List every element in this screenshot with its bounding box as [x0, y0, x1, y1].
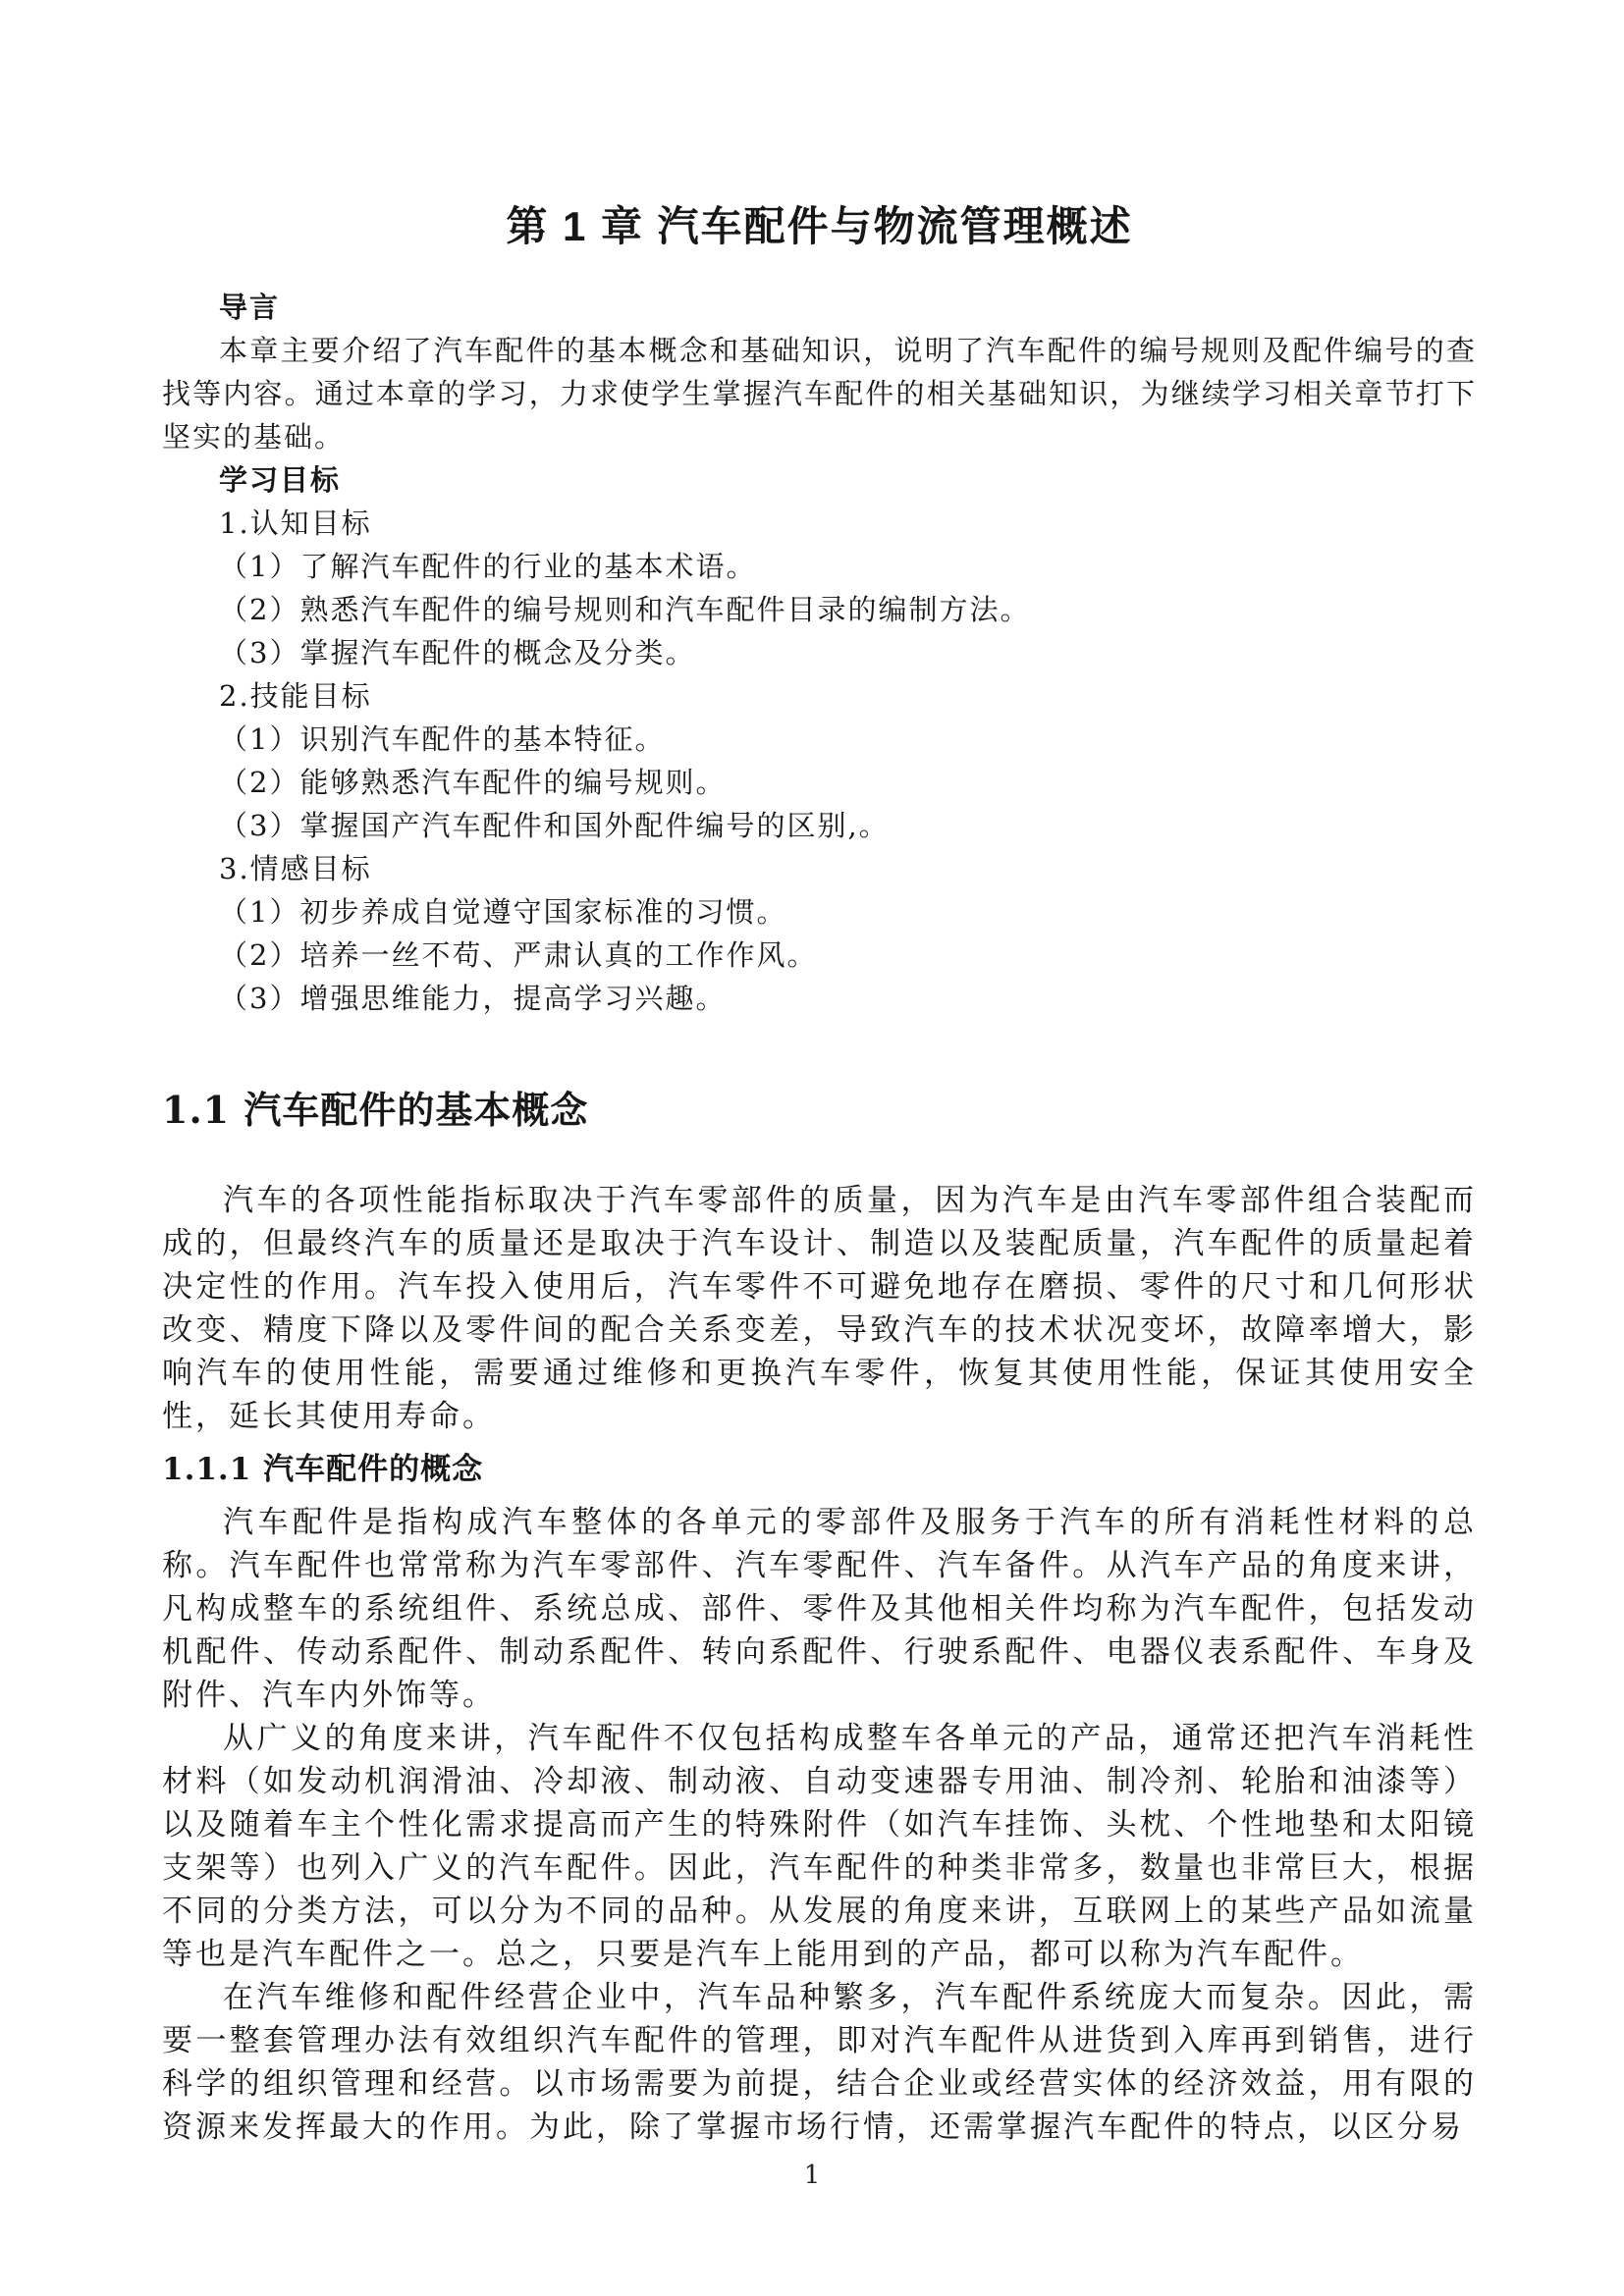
subsection-paragraph-1: 汽车配件是指构成汽车整体的各单元的零部件及服务于汽车的所有消耗性材料的总称。汽车… [162, 1501, 1477, 1717]
objective-item-2-1: （1）识别汽车配件的基本特征。 [162, 718, 1477, 761]
objective-group-3-heading: 3.情感目标 [162, 847, 1477, 890]
objective-item-3-2: （2）培养一丝不苟、严肃认真的工作作风。 [162, 934, 1477, 977]
intro-section: 导言 本章主要介绍了汽车配件的基本概念和基础知识，说明了汽车配件的编号规则及配件… [162, 286, 1477, 1020]
subsection-paragraph-2: 从广义的角度来讲，汽车配件不仅包括构成整车各单元的产品，通常还把汽车消耗性材料（… [162, 1717, 1477, 1976]
objective-group-2-heading: 2.技能目标 [162, 674, 1477, 718]
objective-item-3-1: （1）初步养成自觉遵守国家标准的习惯。 [162, 890, 1477, 934]
objective-item-1-3: （3）掌握汽车配件的概念及分类。 [162, 631, 1477, 674]
section-heading-1-1: 1.1 汽车配件的基本概念 [162, 1085, 1477, 1136]
objective-item-1-2: （2）熟悉汽车配件的编号规则和汽车配件目录的编制方法。 [162, 588, 1477, 631]
objective-item-3-3: （3）增强思维能力，提高学习兴趣。 [162, 977, 1477, 1020]
objective-group-1-heading: 1.认知目标 [162, 502, 1477, 545]
intro-paragraph: 本章主要介绍了汽车配件的基本概念和基础知识，说明了汽车配件的编号规则及配件编号的… [162, 329, 1477, 458]
page-number: 1 [0, 2161, 1624, 2190]
intro-label: 导言 [162, 286, 1477, 329]
objective-item-1-1: （1）了解汽车配件的行业的基本术语。 [162, 545, 1477, 588]
objective-item-2-3: （3）掌握国产汽车配件和国外配件编号的区别,。 [162, 804, 1477, 847]
section-paragraph-1: 汽车的各项性能指标取决于汽车零部件的质量，因为汽车是由汽车零部件组合装配而成的，… [162, 1179, 1477, 1438]
subsection-heading-1-1-1: 1.1.1 汽车配件的概念 [162, 1448, 1477, 1491]
objective-item-2-2: （2）能够熟悉汽车配件的编号规则。 [162, 761, 1477, 804]
objectives-label: 学习目标 [162, 458, 1477, 502]
chapter-title: 第 1 章 汽车配件与物流管理概述 [162, 201, 1477, 252]
subsection-paragraph-3: 在汽车维修和配件经营企业中，汽车品种繁多，汽车配件系统庞大而复杂。因此，需要一整… [162, 1976, 1477, 2149]
document-page: 第 1 章 汽车配件与物流管理概述 导言 本章主要介绍了汽车配件的基本概念和基础… [0, 0, 1624, 2296]
